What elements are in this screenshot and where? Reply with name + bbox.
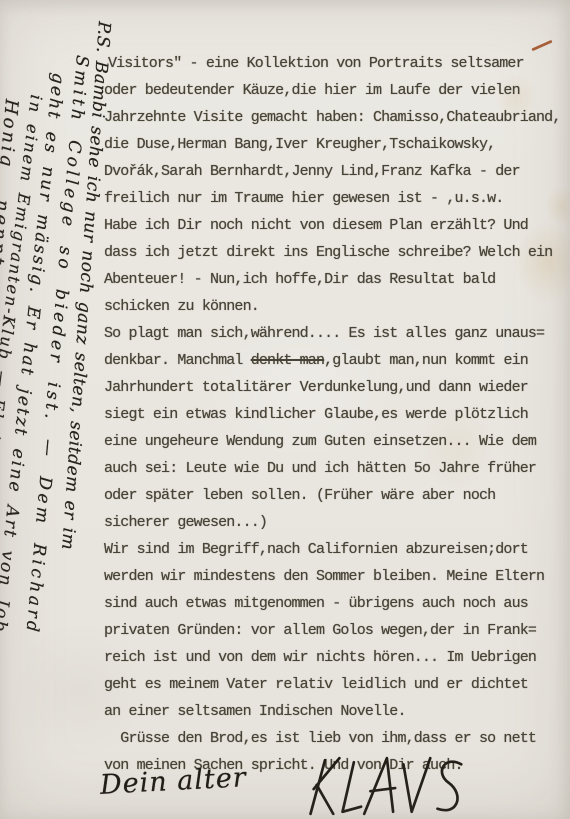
- typed-line: Dvořák,Sarah Bernhardt,Jenny Lind,Franz …: [104, 158, 566, 185]
- typed-line: reich ist und von dem wir nichts hören..…: [104, 644, 566, 671]
- typed-line: Habe ich Dir noch nicht von diesem Plan …: [104, 212, 566, 239]
- letter-page: P.S. Bambi sehe ich nur noch ganz selten…: [0, 0, 570, 819]
- postscript-line: geht es nur mässig. Er hat jetzt eine Ar…: [0, 72, 68, 642]
- typed-line: siegt ein etwas kindlicher Glaube,es wer…: [104, 401, 566, 428]
- postscript-line: Smith College so bieder ist. — Dem Richa…: [21, 54, 92, 636]
- postscript-line: in einem Emigranten-Klub — Ehrich, der s…: [0, 94, 46, 702]
- typed-line: sind auch etwas mitgenommen - übrigens a…: [104, 590, 566, 617]
- typed-line: die Duse,Herman Bang,Iver Kreugher,Tscha…: [104, 131, 566, 158]
- typed-line: Jahrhundert totalitärer Verdunkelung,und…: [104, 374, 566, 401]
- typed-line: Abenteuer! - Nun,ich hoffe,Dir das Resul…: [104, 266, 566, 293]
- typed-line: oder bedeutender Käuze,die hier im Laufe…: [104, 77, 566, 104]
- typed-line: denkbar. Manchmal denkt man,glaubt man,n…: [104, 347, 566, 374]
- typed-line: Grüsse den Brod,es ist lieb von ihm,dass…: [104, 725, 566, 752]
- typed-line: auch sei: Leute wie Du und ich hätten 5o…: [104, 455, 566, 482]
- typed-line: an einer seltsamen Indischen Novelle.: [104, 698, 566, 725]
- postscript-line: Honig nennt ... (!!): [0, 98, 22, 396]
- typed-line: sicherer gewesen...): [104, 509, 566, 536]
- signature-klaus-strokes: [302, 754, 478, 818]
- signature-klaus: [302, 754, 478, 818]
- typed-line: freilich nur im Traume hier gewesen ist …: [104, 185, 566, 212]
- typed-line: So plagt man sich,während.... Es ist all…: [104, 320, 566, 347]
- typed-line: Visitors" - eine Kollektion von Portrait…: [104, 50, 566, 77]
- typed-line: werden wir mindestens den Sommer bleiben…: [104, 563, 566, 590]
- typed-line: Wir sind im Begriff,nach Californien abz…: [104, 536, 566, 563]
- typed-line: eine ungeheure Wendung zum Guten einsetz…: [104, 428, 566, 455]
- handwritten-closing: Dein alter: [99, 762, 247, 801]
- typed-line: dass ich jetzt direkt ins Englische schr…: [104, 239, 566, 266]
- typed-line: schicken zu können.: [104, 293, 566, 320]
- typed-line: geht es meinem Vater relativ leidlich un…: [104, 671, 566, 698]
- typed-letter-body: Visitors" - eine Kollektion von Portrait…: [104, 50, 566, 779]
- typed-line: Jahrzehnte Visite gemacht haben: Chamiss…: [104, 104, 566, 131]
- typed-line: oder später leben sollen. (Früher wäre a…: [104, 482, 566, 509]
- typed-line: privaten Gründen: vor allem Golos wegen,…: [104, 617, 566, 644]
